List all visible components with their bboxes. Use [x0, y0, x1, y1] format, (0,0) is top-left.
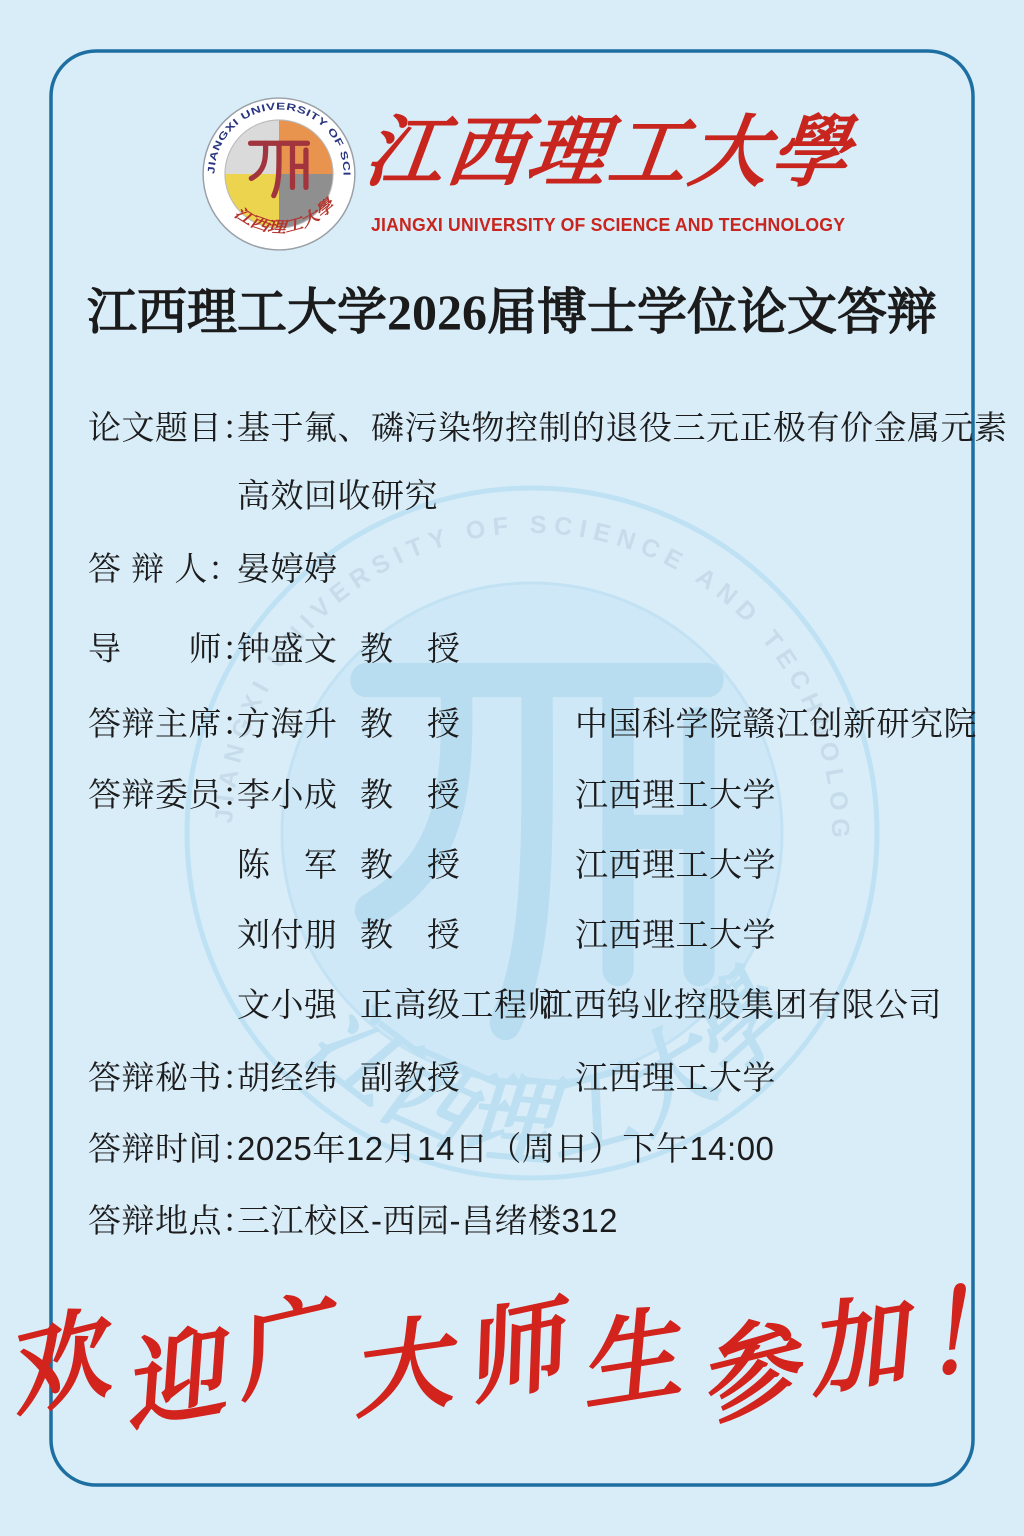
welcome-char: 迎 [114, 1322, 230, 1438]
member-affiliation: 江西理工大学 [575, 913, 776, 957]
member-affiliation: 江西理工大学 [575, 843, 776, 887]
thesis-topic-line2: 高效回收研究 [237, 474, 438, 518]
chair-name: 方海升 [237, 702, 338, 746]
welcome-char: 参 [687, 1311, 808, 1432]
candidate-label: 答 辩 人： [88, 547, 241, 591]
supervisor-name: 钟盛文 [237, 627, 338, 671]
poster-title: 江西理工大学2026届博士学位论文答辩 [0, 280, 1024, 344]
row-committee-member-4: 文小强 正高级工程师 江西钨业控股集团有限公司 [88, 983, 968, 1029]
thesis-topic-label: 论文题目： [88, 406, 256, 450]
member-name: 陈 军 [237, 843, 338, 887]
member-name: 文小强 [237, 983, 338, 1027]
chair-affiliation: 中国科学院赣江创新研究院 [575, 702, 977, 746]
chair-title: 教 授 [360, 702, 461, 746]
member-affiliation: 江西钨业控股集团有限公司 [540, 983, 942, 1027]
secretary-affiliation: 江西理工大学 [575, 1056, 776, 1100]
member-name: 刘付朋 [237, 913, 338, 957]
row-thesis-topic: 论文题目： 基于氟、磷污染物控制的退役三元正极有价金属元素 [88, 406, 968, 452]
venue-value: 三江校区-西园-昌绪楼312 [237, 1199, 618, 1243]
row-defense-time: 答辩时间： 2025年12月14日（周日）下午14:00 [88, 1127, 968, 1173]
row-committee-member-2: 陈 军 教 授 江西理工大学 [88, 843, 968, 889]
member-title: 教 授 [360, 913, 461, 957]
welcome-char: 大 [343, 1311, 456, 1424]
row-committee-member-1: 答辩委员： 李小成 教 授 江西理工大学 [88, 773, 968, 819]
welcome-char: 师 [453, 1293, 572, 1412]
row-defense-venue: 答辩地点： 三江校区-西园-昌绪楼312 [88, 1199, 968, 1245]
row-defense-chair: 答辩主席： 方海升 教 授 中国科学院赣江创新研究院 [88, 702, 968, 748]
chair-label: 答辩主席： [88, 702, 256, 746]
welcome-char: 欢 [0, 1303, 116, 1424]
welcome-char: 广 [222, 1288, 342, 1408]
welcome-char: 加 [799, 1289, 913, 1403]
secretary-title: 副教授 [360, 1056, 461, 1100]
member-name: 李小成 [237, 773, 338, 817]
row-thesis-topic-line2: 高效回收研究 [88, 474, 968, 520]
candidate-name: 晏婷婷 [237, 547, 338, 591]
row-candidate: 答 辩 人： 晏婷婷 [88, 547, 968, 593]
supervisor-label: 导 师： [88, 627, 256, 671]
member-affiliation: 江西理工大学 [575, 773, 776, 817]
secretary-name: 胡经纬 [237, 1056, 338, 1100]
time-label: 答辩时间： [88, 1127, 256, 1171]
row-secretary: 答辩秘书： 胡经纬 副教授 江西理工大学 [88, 1056, 968, 1102]
row-committee-member-3: 刘付朋 教 授 江西理工大学 [88, 913, 968, 959]
university-seal-icon: JIANGXI UNIVERSITY OF SCIENCE AND TECHNO… [201, 96, 357, 252]
university-name-english: JIANGXI UNIVERSITY OF SCIENCE AND TECHNO… [371, 212, 812, 238]
venue-label: 答辩地点： [88, 1199, 256, 1243]
member-title: 教 授 [360, 773, 461, 817]
member-title: 正高级工程师 [360, 983, 561, 1027]
member-title: 教 授 [360, 843, 461, 887]
welcome-calligraphy: 欢 迎 广 大 师 生 参 加 ！ [0, 1300, 1024, 1460]
thesis-topic-line1: 基于氟、磷污染物控制的退役三元正极有价金属元素 [237, 406, 1008, 450]
supervisor-title: 教 授 [360, 627, 461, 671]
time-value: 2025年12月14日（周日）下午14:00 [237, 1127, 774, 1171]
welcome-char: 生 [571, 1303, 685, 1417]
university-name-calligraphy: 江西理工大學 [359, 98, 829, 208]
row-supervisor: 导 师： 钟盛文 教 授 [88, 627, 968, 673]
secretary-label: 答辩秘书： [88, 1056, 256, 1100]
welcome-char: ！ [916, 1272, 1024, 1392]
committee-label: 答辩委员： [88, 773, 256, 817]
